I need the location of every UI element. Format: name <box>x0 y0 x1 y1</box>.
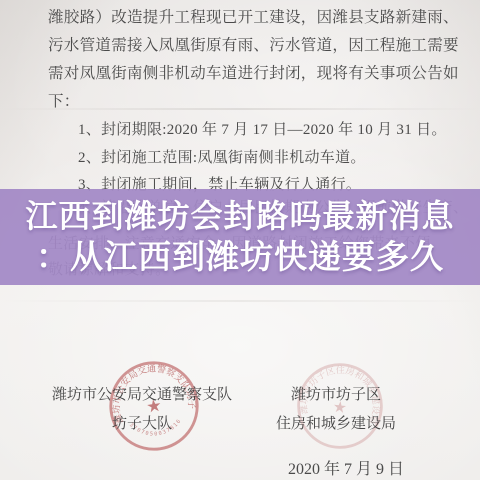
headline-overlay: 江西到潍坊会封路吗最新消息 ：从江西到潍坊快递要多久 <box>0 189 480 285</box>
paragraph-line: 下： <box>48 92 80 112</box>
right-signature-line-1: 潍坊市坊子区 <box>246 383 426 404</box>
paper-crease <box>0 300 480 302</box>
left-signature-line-2: 坊子大队 <box>40 412 244 433</box>
paragraph-line: 潍胶路）改造提升工程现已开工建设，因潍县支路新建雨、 <box>48 8 459 28</box>
headline-line-1: 江西到潍坊会封路吗最新消息 <box>25 196 454 236</box>
headline-line-2: ：从江西到潍坊快递要多久 <box>36 236 444 278</box>
police-seal-stamp: 潍坊市公安局交通警察支队坊子大队 ★ 3707050037816 <box>100 352 208 460</box>
paragraph-line: 需对凤凰街南侧非机动车道进行封闭，现将有关事项公告如 <box>48 64 459 84</box>
housing-bureau-seal-stamp: 潍坊市坊子区住房和城乡建设局 ★ <box>289 355 390 456</box>
notice-date: 2020 年 7 月 9 日 <box>288 456 404 479</box>
notice-photo: 潍胶路）改造提升工程现已开工建设，因潍县支路新建雨、 污水管道需接入凤凰街原有雨… <box>0 0 480 480</box>
list-item: 2、封闭施工范围:凤凰街南侧非机动车道。 <box>78 148 366 168</box>
list-item: 1、封闭期限:2020 年 7 月 17 日—2020 年 10 月 31 日。 <box>78 120 447 140</box>
left-signature-line-1: 潍坊市公安局交通警察支队 <box>40 383 244 404</box>
right-signature-line-2: 住房和城乡建设局 <box>246 412 426 433</box>
paragraph-line: 污水管道需接入凤凰街原有雨、污水管道，因工程施工需要 <box>48 36 459 56</box>
